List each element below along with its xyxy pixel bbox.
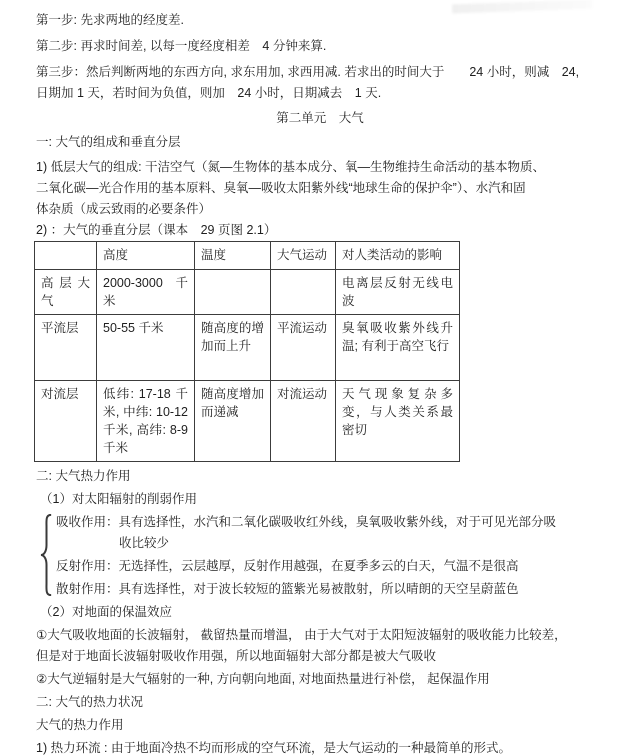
step-3-line-2: 日期加 1 天，若时间为负值，则加 24 小时，日期减去 1 天. [36,83,604,104]
table-row-stratosphere: 平流层 50-55 千米 随高度的增加而上升 平流运动 臭氧吸收紫外线升温; 有… [35,315,460,381]
cell-height: 低纬: 17-18 千米, 中纬: 10-12 千米, 高纬: 8-9 千米 [97,381,195,462]
table-header-impact: 对人类活动的影响 [336,242,460,270]
heading-thermal: 二: 大气热力作用 [36,466,604,487]
composition-item-1: 1) 低层大气的组成: 干洁空气（氮—生物体的基本成分、氧—生物维持生命活动的基… [36,157,604,220]
step-2-text: 第二步: 再求时间差, 以每一度经度相差 4 分钟来算. [36,36,604,57]
step-2: 第二步: 再求时间差, 以每一度经度相差 4 分钟来算. [36,36,604,57]
subheading-attenuation: （1）对太阳辐射的削弱作用 [40,489,604,510]
thermal-circulation-item: 1) 热力环流 : 由于地面冷热不均而形成的空气环流，是大气运动的一种最简单的形… [36,738,604,755]
cell-impact: 臭氧吸收紫外线升温; 有利于高空飞行 [336,315,460,381]
heading-status: 二: 大气的热力状况 [36,692,604,713]
subheading-thermal-effect: 大气的热力作用 [36,715,604,736]
composition-item-1-line-1: 1) 低层大气的组成: 干洁空气（氮—生物体的基本成分、氧—生物维持生命活动的基… [36,157,604,178]
table-header-motion: 大气运动 [271,242,336,270]
warming-point-2-line: ②大气逆辐射是大气辐射的一种, 方向朝向地面, 对地面热量进行补偿， 起保温作用 [36,669,604,690]
cell-impact: 天气现象复杂多变，与人类关系最密切 [336,381,460,462]
table-header-height: 高度 [97,242,195,270]
cell-motion: 对流运动 [271,381,336,462]
table-row-upper-atmosphere: 高层大气 2000-3000 千米 电离层反射无线电波 [35,270,460,315]
composition-item-1-line-2: 二氧化碳—光合作用的基本原料、臭氧—吸收太阳紫外线“地球生命的保护伞”）、水汽和… [36,178,604,199]
cell-impact: 电离层反射无线电波 [336,270,460,315]
cell-temperature [195,270,271,315]
step-3-line-1: 第三步：然后判断两地的东西方向, 求东用加, 求西用减. 若求出的时间大于 24… [36,62,604,83]
cell-motion [271,270,336,315]
atmosphere-layers-table: 高度 温度 大气运动 对人类活动的影响 高层大气 2000-3000 千米 电离… [34,241,460,462]
absorption-line-2: 收比较少 [56,533,604,554]
composition-item-1-line-3: 体杂质（成云致雨的必要条件） [36,199,604,220]
cell-motion: 平流运动 [271,315,336,381]
cell-layer: 高层大气 [35,270,97,315]
step-3: 第三步：然后判断两地的东西方向, 求东用加, 求西用减. 若求出的时间大于 24… [36,62,604,104]
warming-point-1-line-1: ①大气吸收地面的长波辐射， 截留热量而增温， 由于大气对于太阳短波辐射的吸收能力… [36,625,604,646]
reflection-line: 反射作用：无选择性，云层越厚，反射作用越强，在夏季多云的白天，气温不是很高 [56,556,604,577]
unit-title: 第二单元 大气 [36,108,604,129]
table-header-row: 高度 温度 大气运动 对人类活动的影响 [35,242,460,270]
table-header-temperature: 温度 [195,242,271,270]
warming-point-1-line-2: 但是对于地面长波辐射吸收作用强，所以地面辐射大部分都是被大气吸收 [36,646,604,667]
cell-height: 50-55 千米 [97,315,195,381]
subheading-warming: （2）对地面的保温效应 [40,602,604,623]
warming-point-1: ①大气吸收地面的长波辐射， 截留热量而增温， 由于大气对于太阳短波辐射的吸收能力… [36,625,604,667]
scattering-line: 散射作用：具有选择性，对于波长较短的篮紫光易被散射，所以晴朗的天空呈蔚蓝色 [56,579,604,600]
attenuation-reflection: 反射作用：无选择性，云层越厚，反射作用越强，在夏季多云的白天，气温不是很高 [56,556,604,577]
composition-item-2: 2) ：大气的垂直分层（课本 29 页图 2.1） [36,220,604,241]
left-brace-icon [40,514,53,596]
heading-composition: 一: 大气的组成和垂直分层 [36,132,604,153]
warming-point-2: ②大气逆辐射是大气辐射的一种, 方向朝向地面, 对地面热量进行补偿， 起保温作用 [36,669,604,690]
cell-temperature: 随高度增加而递减 [195,381,271,462]
cell-temperature: 随高度的增加而上升 [195,315,271,381]
attenuation-scattering: 散射作用：具有选择性，对于波长较短的篮紫光易被散射，所以晴朗的天空呈蔚蓝色 [56,579,604,600]
cell-layer: 对流层 [35,381,97,462]
absorption-line-1: 吸收作用：具有选择性，水汽和二氧化碳吸收红外线，臭氧吸收紫外线，对于可见光部分吸 [56,512,604,533]
document-page: 第一步: 先求两地的经度差. 第二步: 再求时间差, 以每一度经度相差 4 分钟… [0,0,634,755]
step-1: 第一步: 先求两地的经度差. [36,10,604,31]
cell-layer: 平流层 [35,315,97,381]
attenuation-list: 吸收作用：具有选择性，水汽和二氧化碳吸收红外线，臭氧吸收紫外线，对于可见光部分吸… [44,512,604,600]
table-header-layer [35,242,97,270]
attenuation-absorption: 吸收作用：具有选择性，水汽和二氧化碳吸收红外线，臭氧吸收紫外线，对于可见光部分吸… [56,512,604,554]
table-row-troposphere: 对流层 低纬: 17-18 千米, 中纬: 10-12 千米, 高纬: 8-9 … [35,381,460,462]
cell-height: 2000-3000 千米 [97,270,195,315]
step-1-text: 第一步: 先求两地的经度差. [36,10,604,31]
